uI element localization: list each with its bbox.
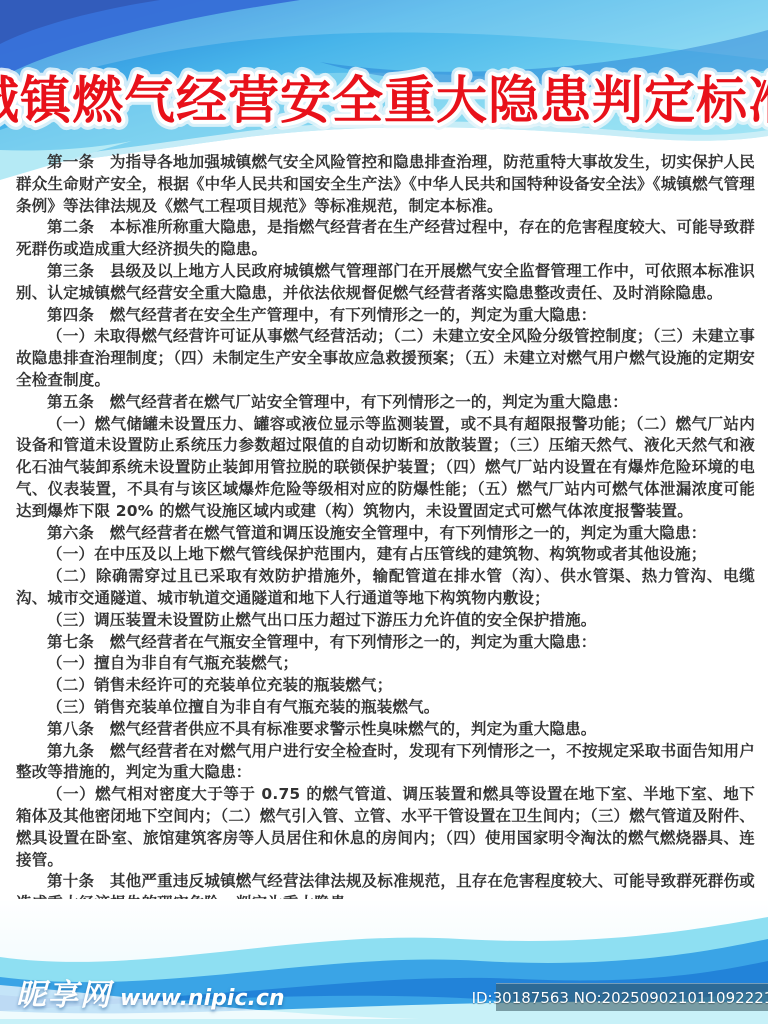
site-url-text: www.nipic.cn (120, 986, 285, 1011)
paragraph: 第八条 燃气经营者供应不具有标准要求警示性臭味燃气的，判定为重大隐患。 (16, 719, 755, 741)
paragraph: （二）除确需穿过且已采取有效防护措施外，输配管道在排水管（沟）、供水管渠、热力管… (16, 566, 755, 610)
paragraph: （一）燃气相对密度大于等于 0.75 的燃气管道、调压装置和燃具等设置在地下室、… (16, 784, 755, 871)
site-watermark: 昵享网 www.nipic.cn (16, 970, 285, 1014)
poster-title-wrap: 城镇燃气经营安全重大隐患判定标准 城镇燃气经营安全重大隐患判定标准 (0, 48, 768, 144)
image-id-badge: ID:30187563 NO:20250902101109222101 (496, 983, 768, 1011)
paragraph: （一）未取得燃气经营许可证从事燃气经营活动；（二）未建立安全风险分级管控制度；（… (16, 326, 755, 391)
paragraph: （三）调压装置未设置防止燃气出口压力超过下游压力允许值的安全保护措施。 (16, 610, 755, 632)
paragraph: （一）在中压及以上地下燃气管线保护范围内，建有占压管线的建筑物、构筑物或者其他设… (16, 544, 755, 566)
image-id-text: ID:30187563 NO:20250902101109222101 (472, 989, 768, 1007)
paragraph: 第三条 县级及以上地方人民政府城镇燃气管理部门在开展燃气安全监督管理工作中，可依… (16, 261, 755, 305)
paragraph: 第四条 燃气经营者在安全生产管理中，有下列情形之一的，判定为重大隐患： (16, 305, 755, 327)
paragraph: （一）擅自为非自有气瓶充装燃气； (16, 653, 755, 675)
paragraph: 第九条 燃气经营者在对燃气用户进行安全检查时，发现有下列情形之一，不按规定采取书… (16, 741, 755, 785)
paragraph: （一）燃气储罐未设置压力、罐容或液位显示等监测装置，或不具有超限报警功能；（二）… (16, 414, 755, 523)
site-logo-text: 昵享网 (16, 970, 112, 1014)
paragraph: 第一条 为指导各地加强城镇燃气安全风险管控和隐患排查治理，防范重特大事故发生，切… (16, 152, 755, 217)
paragraph: 第六条 燃气经营者在燃气管道和调压设施安全管理中，有下列情形之一的，判定为重大隐… (16, 523, 755, 545)
paragraph: 第五条 燃气经营者在燃气厂站安全管理中，有下列情形之一的，判定为重大隐患： (16, 392, 755, 414)
paragraph: （二）销售未经许可的充装单位充装的瓶装燃气； (16, 675, 755, 697)
paragraph: 第七条 燃气经营者在气瓶安全管理中，有下列情形之一的，判定为重大隐患： (16, 632, 755, 654)
paragraph: （三）销售充装单位擅自为非自有气瓶充装的瓶装燃气。 (16, 697, 755, 719)
paragraph: 第二条 本标准所称重大隐患，是指燃气经营者在生产经营过程中，存在的危害程度较大、… (16, 217, 755, 261)
document-body: 第一条 为指导各地加强城镇燃气安全风险管控和隐患排查治理，防范重特大事故发生，切… (16, 152, 755, 937)
page-title: 城镇燃气经营安全重大隐患判定标准 (0, 72, 768, 131)
